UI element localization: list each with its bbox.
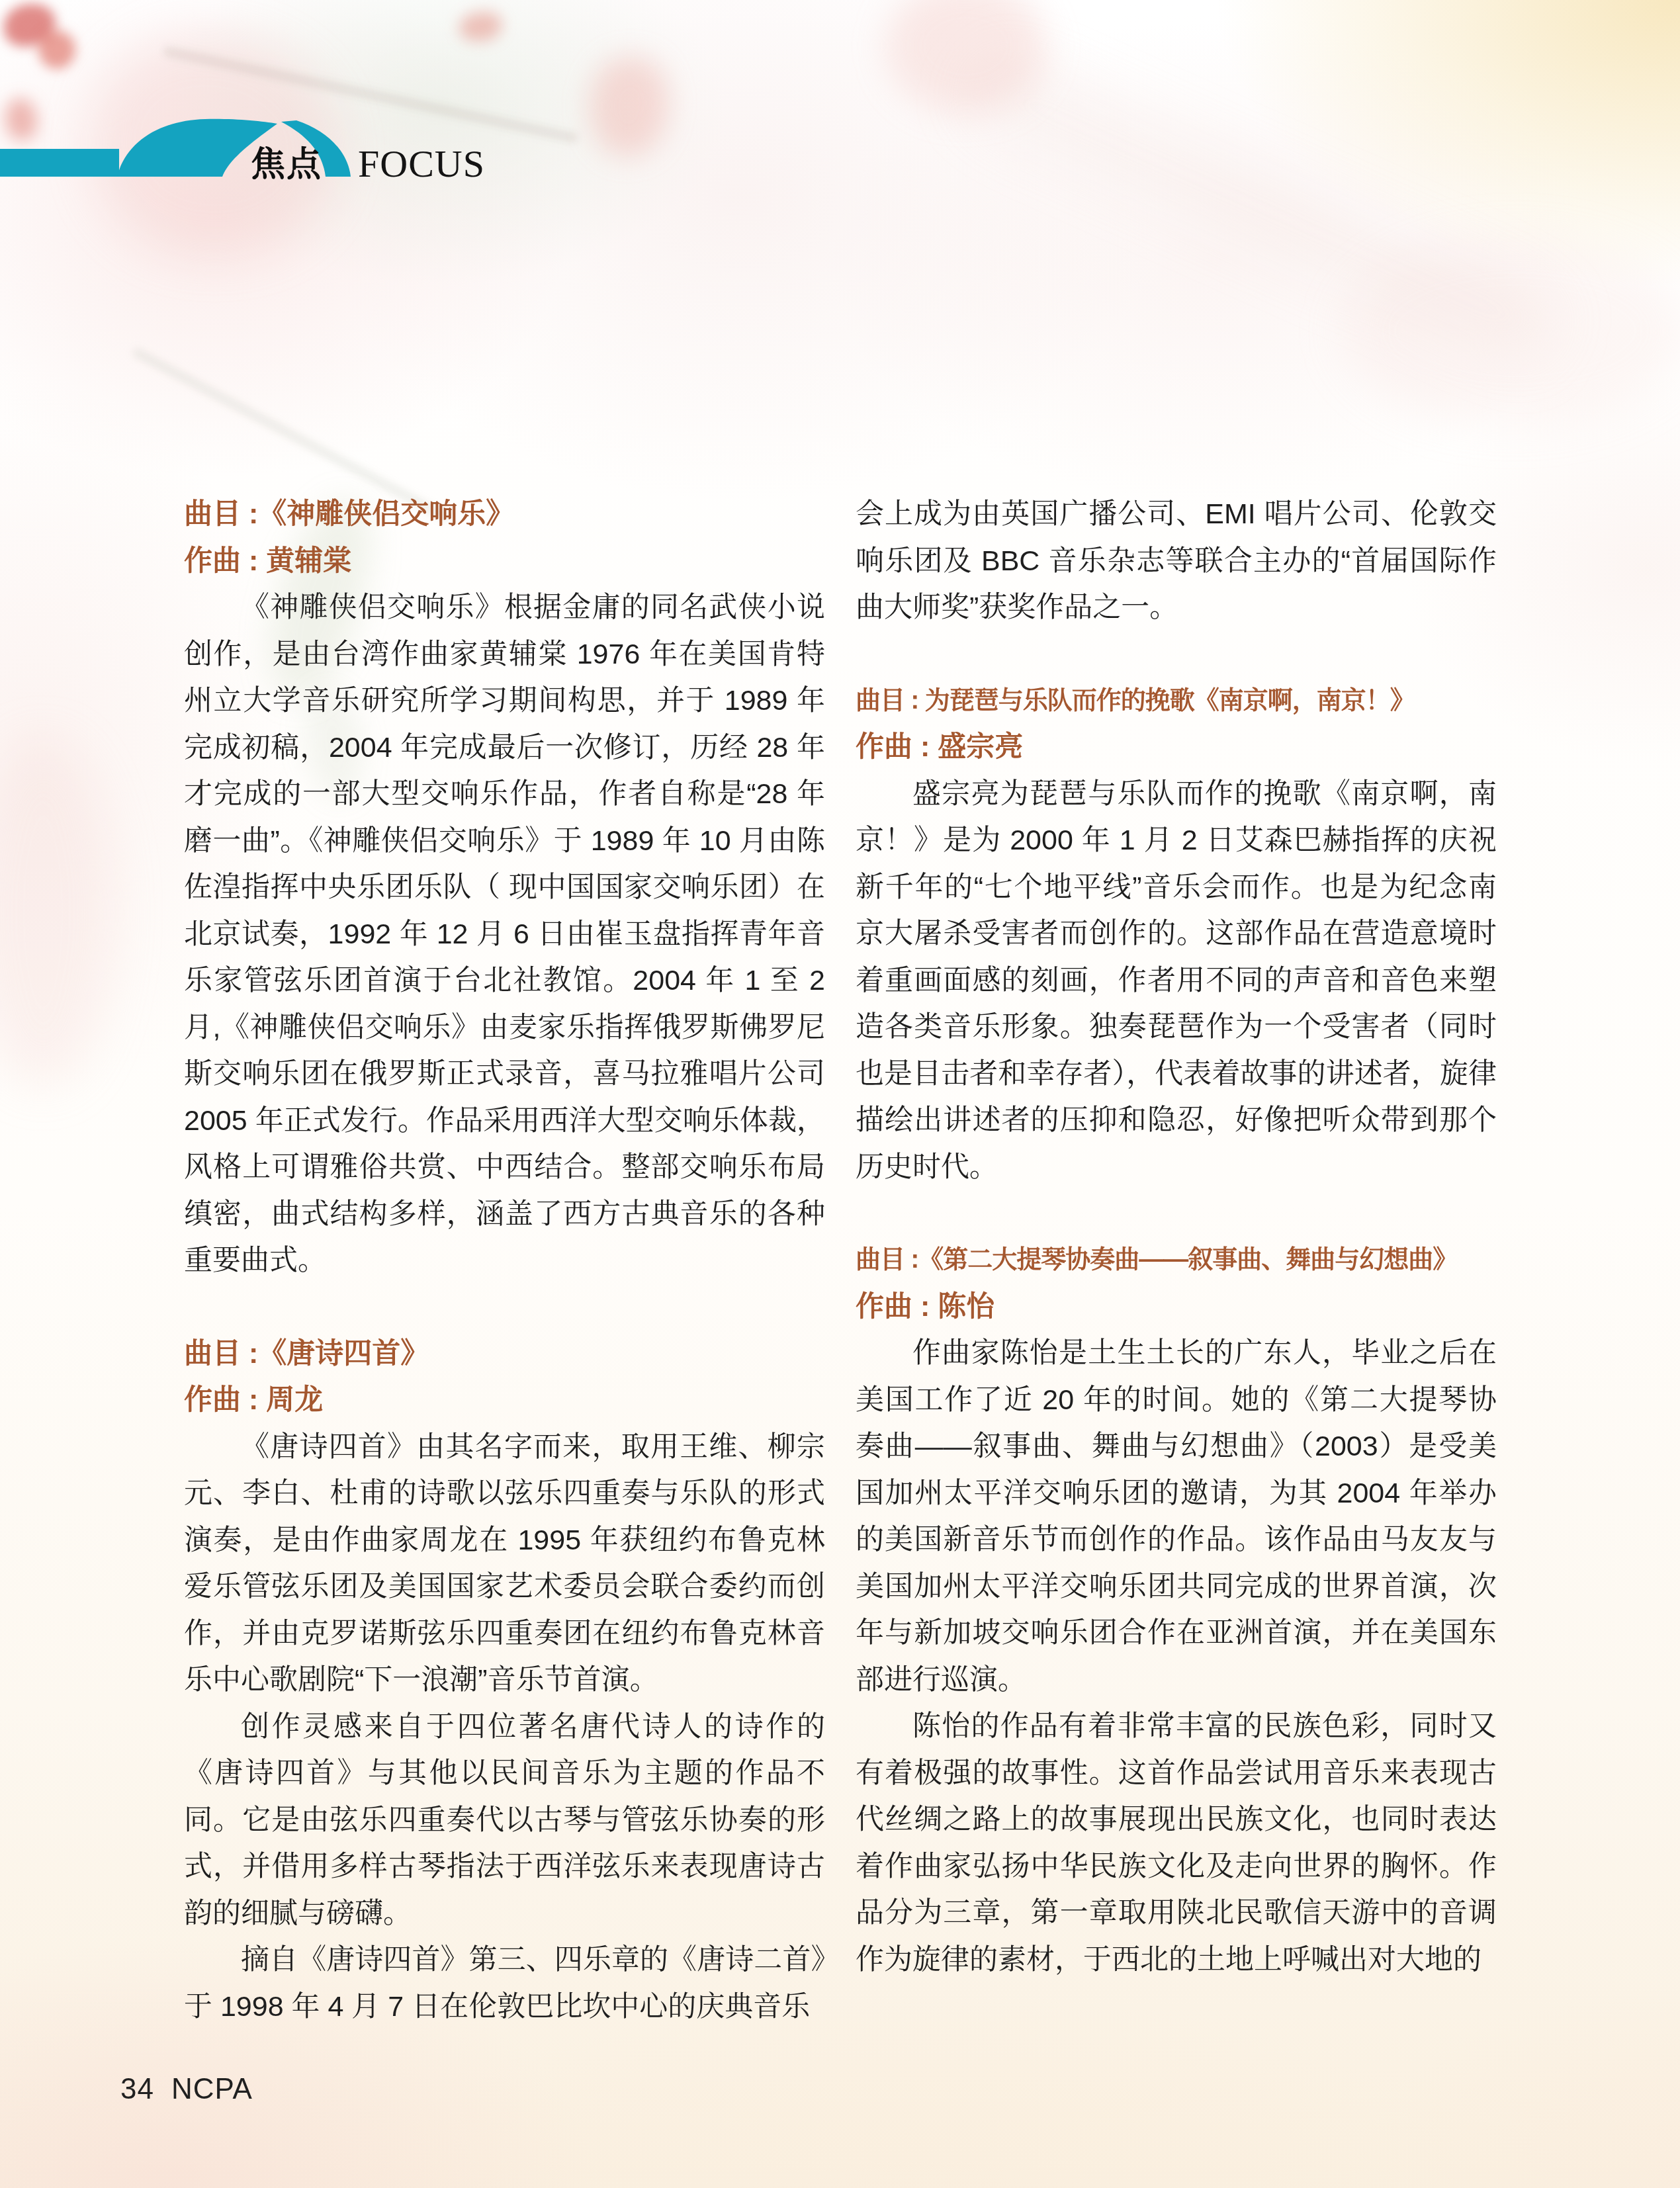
blossom-decoration xyxy=(590,57,668,156)
page-number: 34 xyxy=(120,2073,154,2105)
article-columns: 曲目 :《神雕侠侣交响乐》 作曲 : 黄辅棠 《神雕侠侣交响乐》根据金庸的同名武… xyxy=(184,491,1497,2030)
paragraph: 陈怡的作品有着非常丰富的民族色彩，同时又有着极强的故事性。这首作品尝试用音乐来表… xyxy=(856,1703,1497,1983)
section-header: 焦点 FOCUS xyxy=(0,112,503,192)
piece-section-tangshi: 曲目 :《唐诗四首》 作曲 : 周龙 《唐诗四首》由其名字而来，取用王维、柳宗元… xyxy=(184,1331,825,2031)
page-footer: 34NCPA xyxy=(120,2073,253,2106)
paragraph: 《唐诗四首》由其名字而来，取用王维、柳宗元、李白、杜甫的诗歌以弦乐四重奏与乐队的… xyxy=(184,1424,825,1704)
paragraph: 《神雕侠侣交响乐》根据金庸的同名武侠小说创作，是由台湾作曲家黄辅棠 1976 年… xyxy=(184,584,825,1284)
blossom-decoration xyxy=(0,741,112,1085)
piece-section-shendiao: 曲目 :《神雕侠侣交响乐》 作曲 : 黄辅棠 《神雕侠侣交响乐》根据金庸的同名武… xyxy=(184,491,825,1284)
piece-composer: 作曲 : 陈怡 xyxy=(856,1284,1497,1331)
left-column: 曲目 :《神雕侠侣交响乐》 作曲 : 黄辅棠 《神雕侠侣交响乐》根据金庸的同名武… xyxy=(184,491,825,2030)
blossom-bud-decoration xyxy=(38,30,75,69)
piece-section-cello-concerto: 曲目 :《第二大提琴协奏曲——叙事曲、舞曲与幻想曲》 作曲 : 陈怡 作曲家陈怡… xyxy=(856,1237,1497,1983)
teal-bar xyxy=(0,149,119,177)
paragraph: 作曲家陈怡是土生土长的广东人，毕业之后在美国工作了近 20 年的时间。她的《第二… xyxy=(856,1330,1497,1703)
piece-composer: 作曲 : 周龙 xyxy=(184,1377,825,1424)
paragraph: 创作灵感来自于四位著名唐代诗人的诗作的《唐诗四首》与其他以民间音乐为主题的作品不… xyxy=(184,1704,825,1937)
brand-label: NCPA xyxy=(171,2073,253,2105)
blossom-decoration xyxy=(887,0,1045,112)
piece-title: 曲目 : 为琵琶与乐队而作的挽歌《南京啊，南京！》 xyxy=(856,678,1497,724)
piece-composer: 作曲 : 黄辅棠 xyxy=(184,538,825,585)
right-column: 会上成为由英国广播公司、EMI 唱片公司、伦敦交响乐团及 BBC 音乐杂志等联合… xyxy=(856,491,1497,2030)
blossom-decoration xyxy=(1343,238,1680,423)
continuation-paragraph: 会上成为由英国广播公司、EMI 唱片公司、伦敦交响乐团及 BBC 音乐杂志等联合… xyxy=(856,491,1497,631)
section-label-en: FOCUS xyxy=(358,142,485,185)
focus-section-logo: 焦点 FOCUS xyxy=(0,112,503,192)
section-label-zh: 焦点 xyxy=(251,146,322,184)
paragraph: 盛宗亮为琵琶与乐队而作的挽歌《南京啊，南京！》是为 2000 年 1 月 2 日… xyxy=(856,771,1497,1191)
blossom-bud-decoration xyxy=(4,4,56,46)
piece-section-nanjing: 曲目 : 为琵琶与乐队而作的挽歌《南京啊，南京！》 作曲 : 盛宗亮 盛宗亮为琵… xyxy=(856,678,1497,1191)
piece-title: 曲目 :《唐诗四首》 xyxy=(184,1331,825,1378)
paragraph: 摘自《唐诗四首》第三、四乐章的《唐诗二首》于 1998 年 4 月 7 日在伦敦… xyxy=(184,1937,825,2030)
piece-composer: 作曲 : 盛宗亮 xyxy=(856,724,1497,771)
branch-decoration xyxy=(959,46,1569,371)
piece-title: 曲目 :《第二大提琴协奏曲——叙事曲、舞曲与幻想曲》 xyxy=(856,1237,1497,1284)
piece-title: 曲目 :《神雕侠侣交响乐》 xyxy=(184,491,825,538)
blossom-bud-decoration xyxy=(459,12,502,41)
